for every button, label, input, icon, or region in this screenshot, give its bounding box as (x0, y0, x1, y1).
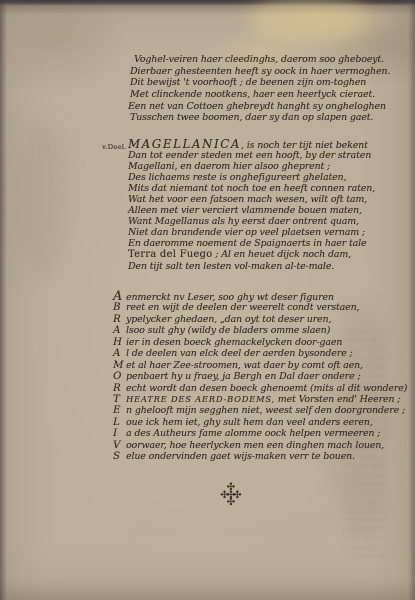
acrostic-initial: R (113, 314, 126, 325)
poem-line: Tusschen twee boomen, daer sy dan op sla… (130, 112, 390, 124)
acrostic-initial: A (113, 325, 126, 336)
acrostic-line: Ia des Autheurs fame alomme oock helpen … (113, 428, 407, 439)
acrostic-line: Al de deelen van elck deel der aerden by… (113, 348, 407, 359)
poem-line: Dan tot eender steden met een hooft, by … (128, 150, 375, 161)
acrostic-initial: M (113, 360, 126, 371)
acrostic-initial: O (113, 371, 126, 382)
poem-line-text: reet en wijt de deelen der weerelt condt… (126, 302, 359, 313)
acrostic-line: Breet en wijt de deelen der weerelt cond… (113, 302, 407, 313)
acrostic-line: Rypelycker ghedaen, „dan oyt tot deser u… (113, 314, 407, 325)
acrostic-line: Recht wordt dan desen boeck ghenoemt (mi… (113, 383, 407, 394)
acrostic-initial: A (113, 291, 126, 302)
acrostic-initial: B (113, 302, 126, 313)
poem-line: Den tijt salt ten lesten vol-maken al-te… (128, 261, 375, 272)
acrostic-line: Met al haer Zee-stroomen, wat daer by co… (113, 360, 407, 371)
poem-line: Niet dan brandende vier op veel plaetsen… (128, 227, 375, 238)
ornament-row: ✣ (204, 499, 256, 507)
poem-line-text: et al haer Zee-stroomen, wat daer by com… (126, 360, 363, 371)
poem-line-text: ypelycker ghedaen, „dan oyt tot deser ur… (126, 314, 331, 325)
poem-line: Want Magellanus als hy eerst daer ontren… (128, 216, 375, 227)
poem-line-text: elue ondervinden gaet wijs-maken verr te… (126, 451, 355, 462)
poem-line: Dit bewijst 't voorhooft ; de beenen zij… (130, 77, 390, 89)
acrostic-initial: I (113, 428, 126, 439)
poem-line-text: met Vorsten end' Heeren ; (275, 394, 400, 405)
poem-line: Met clinckende nootkens, haer een heerly… (130, 89, 390, 101)
poem-line-text: penbaert hy u fraey, ja Bergh en Dal dae… (126, 371, 360, 382)
poem-line-text: l de deelen van elck deel der aerden bys… (126, 348, 353, 359)
acrostic-initial: L (113, 417, 126, 428)
margin-note-vdeel: v.Deel. (102, 142, 126, 153)
poem-line-text: echt wordt dan desen boeck ghenoemt (mit… (126, 383, 407, 394)
paper-stain (18, 120, 68, 280)
acrostic-line: Voorwaer, hoe heerlycken men een dinghen… (113, 440, 407, 451)
poem-line-text: lsoo sult ghy (wildy de bladers omme sla… (126, 325, 330, 336)
acrostic-line: Openbaert hy u fraey, ja Bergh en Dal da… (113, 371, 407, 382)
poem-line: Voghel-veiren haer cleedinghs, daerom so… (134, 54, 390, 66)
terra-del-fuego-roman: Terra del Fuego (128, 249, 212, 260)
acrostic-initial: S (113, 451, 126, 462)
acrostic-line: Loue ick hem iet, ghy sult hem dan veel … (113, 417, 407, 428)
poem-line: Dierbaer ghesteenten heeft sy oock in ha… (130, 66, 390, 78)
poem-line: Een net van Cottoen ghebreydt hanght sy … (128, 101, 390, 113)
poem-line-text: oorwaer, hoe heerlycken men een dinghen … (126, 440, 384, 451)
magellanica-title: MAGELLANICA (128, 137, 241, 151)
poem-line: Wat het voor een fatsoen mach wesen, wil… (128, 194, 375, 205)
poem-line-text: ; Al en heuet dijck noch dam, (212, 249, 351, 260)
acrostic-initial: A (113, 348, 126, 359)
poem-line-text: oue ick hem iet, ghy sult hem dan veel a… (126, 417, 373, 428)
poem-line: Alleen met vier verciert vlammende bouen… (128, 205, 375, 216)
theatre-title-caps: HEATRE DES AERD-BODEMS, (126, 394, 275, 404)
paper-stain (250, 0, 370, 47)
poem-stanza-2-magellanica: v.Deel.MAGELLANICA, is noch ter tijt nie… (128, 139, 375, 272)
acrostic-initial: T (113, 394, 126, 405)
acrostic-line: Aenmerckt nv Leser, soo ghy wt deser fig… (113, 291, 407, 302)
poem-line-text: ier in desen boeck ghemackelycken door-g… (126, 337, 342, 348)
acrostic-initial: R (113, 383, 126, 394)
acrostic-line: THEATRE DES AERD-BODEMS, met Vorsten end… (113, 394, 407, 405)
acrostic-line: En ghelooft mijn segghen niet, weest sel… (113, 405, 407, 416)
poem-line-text: n ghelooft mijn segghen niet, weest self… (126, 405, 405, 416)
book-page-photo: Voghel-veiren haer cleedinghs, daerom so… (0, 0, 415, 600)
poem-line: En daeromme noement de Spaignaerts in ha… (128, 238, 375, 249)
poem-line: v.Deel.MAGELLANICA, is noch ter tijt nie… (128, 139, 375, 150)
acrostic-initial: E (113, 405, 126, 416)
poem-stanza-3-acrostic: Aenmerckt nv Leser, soo ghy wt deser fig… (113, 291, 407, 463)
poem-line: Des lichaems reste is onghefigureert ghe… (128, 172, 375, 183)
acrostic-line: Selue ondervinden gaet wijs-maken verr t… (113, 451, 407, 462)
poem-line: Terra del Fuego ; Al en heuet dijck noch… (128, 249, 375, 260)
poem-line: Mits dat niemant tot noch toe en heeft c… (128, 183, 375, 194)
poem-line-text: a des Autheurs fame alomme oock helpen v… (126, 428, 380, 439)
acrostic-line: Hier in desen boeck ghemackelycken door-… (113, 337, 407, 348)
printers-ornament: ✣ ✣✣✣ ✣ (204, 484, 256, 507)
poem-stanza-1: Voghel-veiren haer cleedinghs, daerom so… (130, 54, 390, 124)
poem-line: Magellani, en daerom hier alsoo gheprent… (128, 161, 375, 172)
verso-showthrough (130, 516, 330, 542)
acrostic-initial: V (113, 440, 126, 451)
acrostic-line: Alsoo sult ghy (wildy de bladers omme sl… (113, 325, 407, 336)
acrostic-initial: H (113, 337, 126, 348)
